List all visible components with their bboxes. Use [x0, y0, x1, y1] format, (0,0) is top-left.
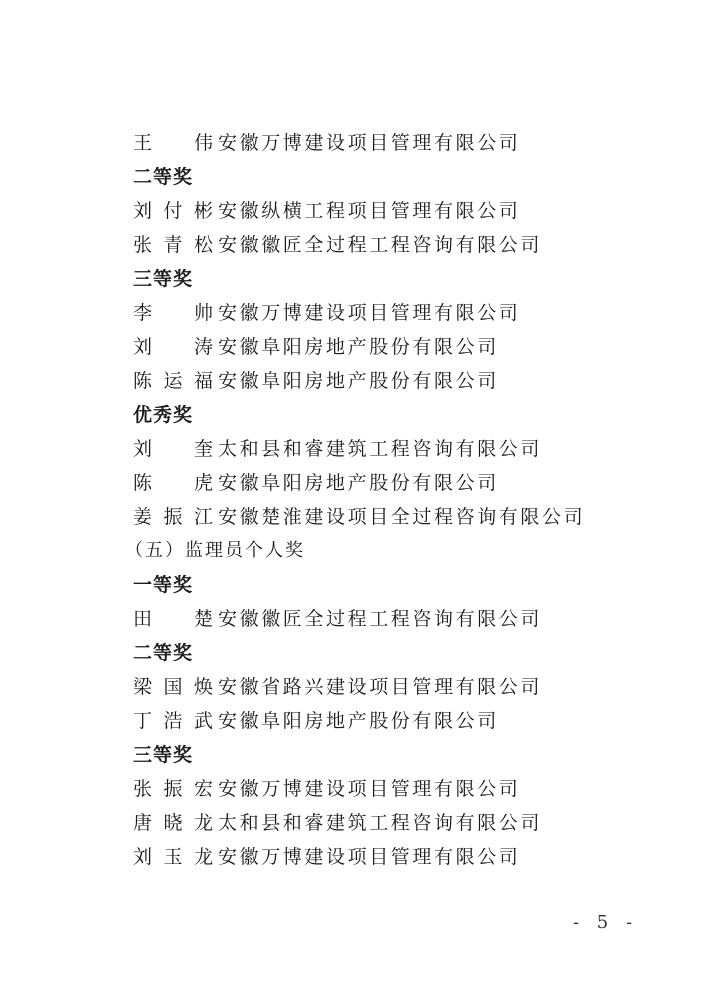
recipient-name: 李帅 — [133, 298, 213, 328]
award-level-heading: 一等奖 — [133, 570, 193, 600]
company-name: 太和县和睿建筑工程咨询有限公司 — [218, 808, 542, 838]
company-name: 安徽徽匠全过程工程咨询有限公司 — [218, 604, 542, 634]
recipient-name: 刘付彬 — [133, 196, 213, 226]
recipient-name: 唐晓龙 — [133, 808, 213, 838]
company-name: 安徽万博建设项目管理有限公司 — [218, 774, 520, 804]
recipient-name: 姜振江 — [133, 502, 213, 532]
company-name: 安徽阜阳房地产股份有限公司 — [218, 366, 499, 396]
recipient-name: 张振宏 — [133, 774, 213, 804]
company-name: 安徽阜阳房地产股份有限公司 — [218, 332, 499, 362]
recipient-name: 田楚 — [133, 604, 213, 634]
company-name: 安徽阜阳房地产股份有限公司 — [218, 468, 499, 498]
company-name: 安徽阜阳房地产股份有限公司 — [218, 706, 499, 736]
page-number: - 5 - — [573, 912, 638, 933]
recipient-name: 陈虎 — [133, 468, 213, 498]
company-name: 安徽万博建设项目管理有限公司 — [218, 842, 520, 872]
award-level-heading: 二等奖 — [133, 162, 193, 192]
award-level-heading: 三等奖 — [133, 740, 193, 770]
award-level-heading: 优秀奖 — [133, 400, 193, 430]
award-level-heading: 二等奖 — [133, 638, 193, 668]
company-name: 安徽徽匠全过程工程咨询有限公司 — [218, 230, 542, 260]
company-name: 安徽万博建设项目管理有限公司 — [218, 128, 520, 158]
recipient-name: 刘奎 — [133, 434, 213, 464]
company-name: 太和县和睿建筑工程咨询有限公司 — [218, 434, 542, 464]
recipient-name: 刘玉龙 — [133, 842, 213, 872]
recipient-name: 刘涛 — [133, 332, 213, 362]
section-heading: （五）监理员个人奖 — [125, 536, 305, 566]
company-name: 安徽万博建设项目管理有限公司 — [218, 298, 520, 328]
company-name: 安徽楚淮建设项目全过程咨询有限公司 — [218, 502, 585, 532]
award-level-heading: 三等奖 — [133, 264, 193, 294]
recipient-name: 王伟 — [133, 128, 213, 158]
recipient-name: 陈运福 — [133, 366, 213, 396]
recipient-name: 丁浩武 — [133, 706, 213, 736]
company-name: 安徽纵横工程项目管理有限公司 — [218, 196, 520, 226]
document-page: 王伟安徽万博建设项目管理有限公司二等奖刘付彬安徽纵横工程项目管理有限公司张青松安… — [0, 0, 707, 1000]
company-name: 安徽省路兴建设项目管理有限公司 — [218, 672, 542, 702]
recipient-name: 梁国焕 — [133, 672, 213, 702]
recipient-name: 张青松 — [133, 230, 213, 260]
